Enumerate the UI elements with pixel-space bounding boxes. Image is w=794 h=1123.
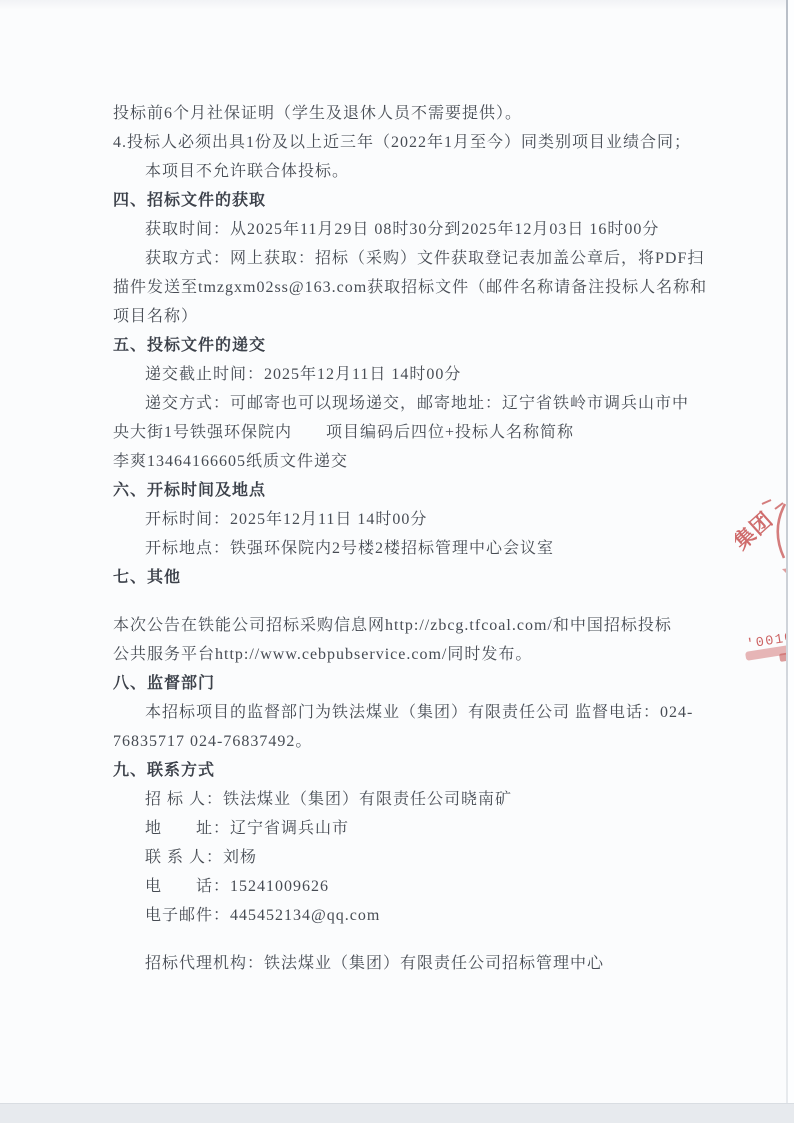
scanned-document-page: 投标前6个月社保证明（学生及退休人员不需要提供）。 4.投标人必须出具1份及以上…: [0, 0, 794, 1123]
section-9-line-6: 招标代理机构：铁法煤业（集团）有限责任公司招标管理中心: [145, 951, 738, 977]
section-4-line-1: 获取时间：从2025年11月29日 08时30分到2025年12月03日 16时…: [145, 217, 738, 243]
section-8-heading: 八、监督部门: [113, 671, 738, 697]
seal-arc-mark: [762, 500, 771, 504]
section-9-line-4: 电 话：15241009626: [145, 874, 738, 900]
section-8-line-1: 本招标项目的监督部门为铁法煤业（集团）有限责任公司 监督电话：024-: [145, 700, 738, 726]
section-9-line-5: 电子邮件：445452134@qq.com: [145, 903, 738, 929]
seal-ring-arc: [778, 504, 785, 558]
section-8-line-2: 76835717 024-76837492。: [113, 729, 738, 755]
section-5-line-2: 递交方式：可邮寄也可以现场递交，邮寄地址：辽宁省铁岭市调兵山市中: [145, 391, 738, 417]
section-4-line-3: 描件发送至tmzgxm02ss@163.com获取招标文件（邮件名称请备注投标人…: [113, 275, 738, 301]
section-7-line-2: 公共服务平台http://www.cebpubservice.com/同时发布。: [113, 642, 738, 668]
section-9-line-2: 地 址：辽宁省调兵山市: [145, 816, 738, 842]
section-6-line-2: 开标地点：铁强环保院内2号楼2楼招标管理中心会议室: [145, 536, 738, 562]
section-4-line-2: 获取方式：网上获取：招标（采购）文件获取登记表加盖公章后，将PDF扫: [145, 246, 738, 272]
section-4-line-4: 项目名称）: [113, 304, 738, 330]
scan-top-shade: [0, 0, 794, 10]
section-5-line-4: 李爽13464166605纸质文件递交: [113, 449, 738, 475]
section-4-heading: 四、招标文件的获取: [113, 188, 738, 214]
intro-line-2: 4.投标人必须出具1份及以上近三年（2022年1月至今）同类别项目业绩合同；: [113, 130, 738, 156]
section-7-heading: 七、其他: [113, 565, 738, 591]
scan-right-margin: [788, 0, 794, 1123]
section-9-line-1: 招 标 人：铁法煤业（集团）有限责任公司晓南矿: [145, 787, 738, 813]
seal-text: 集团: [735, 507, 778, 554]
document-text-block: 投标前6个月社保证明（学生及退休人员不需要提供）。 4.投标人必须出具1份及以上…: [113, 101, 738, 980]
section-5-line-3: 央大街1号铁强环保院内 项目编码后四位+投标人名称简称: [113, 420, 738, 446]
section-5-heading: 五、投标文件的递交: [113, 333, 738, 359]
intro-line-1: 投标前6个月社保证明（学生及退休人员不需要提供）。: [113, 101, 738, 127]
section-5-line-1: 递交截止时间：2025年12月11日 14时00分: [145, 362, 738, 388]
section-6-line-1: 开标时间：2025年12月11日 14时00分: [145, 507, 738, 533]
intro-line-3: 本项目不允许联合体投标。: [145, 159, 738, 185]
section-6-heading: 六、开标时间及地点: [113, 478, 738, 504]
section-9-line-3: 联 系 人：刘杨: [145, 845, 738, 871]
section-9-heading: 九、联系方式: [113, 758, 738, 784]
section-7-line-1: 本次公告在铁能公司招标采购信息网http://zbcg.tfcoal.com/和…: [113, 613, 738, 639]
scan-bottom-shadow: [0, 1103, 794, 1123]
